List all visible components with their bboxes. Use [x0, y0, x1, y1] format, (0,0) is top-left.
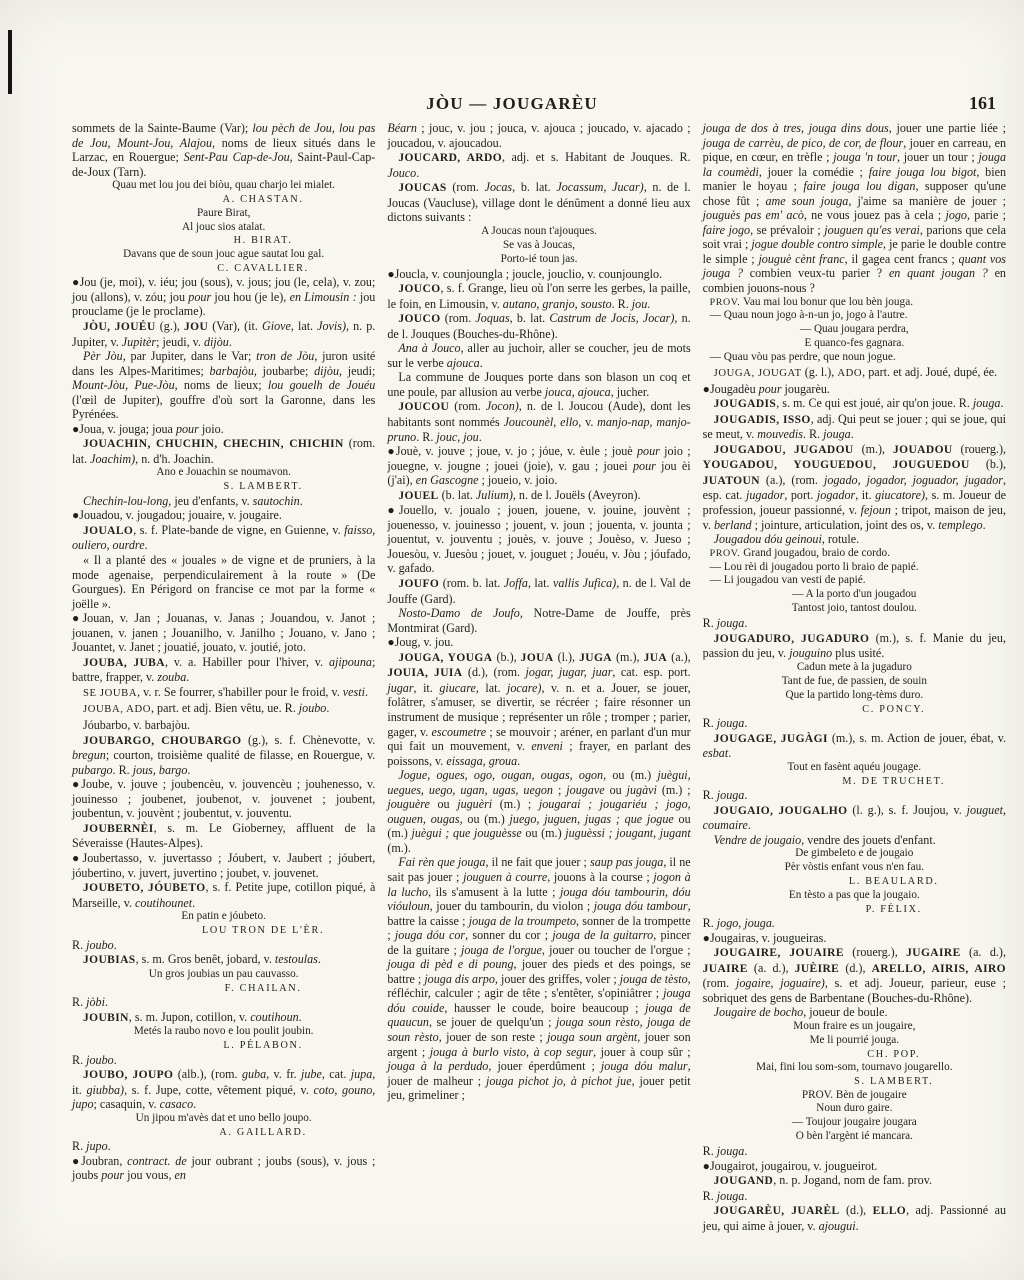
entry-paragraph: R. jupo. [72, 1139, 375, 1154]
verse-line: Tantost joio, tantost doulou. [703, 602, 1006, 616]
verse-quote: — Toujour jougaire jougaraO bèn l'argènt… [703, 1116, 1006, 1144]
verse-line: — Toujour jougaire jougara [703, 1116, 1006, 1130]
verse-line: Porto-ié toun jas. [387, 253, 690, 267]
entry-paragraph: ●Jouello, v. joualo ; jouen, jouene, v. … [387, 503, 690, 576]
verse-line: — Quau jougara perdra, [703, 323, 1006, 337]
text-columns: sommets de la Sainte-Baume (Var); lou pè… [72, 121, 1006, 1233]
proverb-line: — Quau vòu pas perdre, que noun jogue. [703, 351, 1006, 365]
entry-paragraph: « Il a planté des « jouales » de vigne e… [72, 553, 375, 611]
verse-line: Moun fraire es un jougaire, [703, 1020, 1006, 1034]
entry-paragraph: JOUCO (rom. Joquas, b. lat. Castrum de J… [387, 311, 690, 341]
verse-quote: Tout en fasènt aquéu jougage. [703, 761, 1006, 775]
entry-paragraph: JOUGADURO, JUGADURO (m.), s. f. Manie du… [703, 631, 1006, 661]
verse-quote: En patin e jóubeto. [72, 910, 375, 924]
verse-line: Ano e Jouachin se noumavon. [72, 466, 375, 480]
entry-paragraph: JOUBIAS, s. m. Gros benêt, jobard, v. te… [72, 952, 375, 968]
entry-paragraph: JOUBARGO, CHOUBARGO (g.), s. f. Chènevot… [72, 733, 375, 778]
entry-paragraph: JOUACHIN, CHUCHIN, CHECHIN, CHICHIN (rom… [72, 436, 375, 466]
column-right: jouga de dos à tres, jouga dins dous, jo… [703, 121, 1006, 1233]
entry-paragraph: JOUFO (rom. b. lat. Joffa, lat. vallis J… [387, 576, 690, 606]
verse-line: PROV. Bèn de jougaire [703, 1089, 1006, 1103]
verse-line: Metés la raubo novo e lou poulit joubin. [72, 1025, 375, 1039]
entry-paragraph: JOUBA, ADO, part. et adj. Bien vêtu, ue.… [72, 701, 375, 718]
verse-line: Mai, fini lou som-som, tournavo jougarel… [703, 1061, 1006, 1075]
entry-paragraph: R. jouga. [703, 1189, 1006, 1204]
verse-quote: Metés la raubo novo e lou poulit joubin. [72, 1025, 375, 1039]
verse-quote: Un jipou m'avès dat et uno bello joupo. [72, 1112, 375, 1126]
entry-paragraph: ●Jougadèu pour jougarèu. [703, 382, 1006, 397]
entry-paragraph: ●Jougairas, v. jougueiras. [703, 931, 1006, 946]
entry-paragraph: ●Jouadou, v. jougadou; jouaire, v. jouga… [72, 508, 375, 523]
entry-paragraph: JÒU, JOUÉU (g.), JOU (Var), (it. Giove, … [72, 319, 375, 349]
attribution: S. LAMBERT. [72, 480, 375, 494]
attribution: C. CAVALLIER. [72, 262, 375, 276]
entry-paragraph: Jougaire de bocho, joueur de boule. [703, 1005, 1006, 1020]
verse-line: En tèsto a pas que la jougaio. [703, 889, 1006, 903]
entry-paragraph: JOUBETO, JÓUBETO, s. f. Petite jupe, cot… [72, 880, 375, 910]
entry-paragraph: Chechin-lou-long, jeu d'enfants, v. saut… [72, 494, 375, 509]
entry-paragraph: La commune de Jouques porte dans son bla… [387, 370, 690, 399]
entry-paragraph: JOUCAS (rom. Jocas, b. lat. Jocassum, Ju… [387, 180, 690, 225]
verse-quote: Mai, fini lou som-som, tournavo jougarel… [703, 1061, 1006, 1075]
verse-line: Se vas à Joucas, [387, 239, 690, 253]
entry-paragraph: JOUGAIO, JOUGALHO (l. g.), s. f. Joujou,… [703, 803, 1006, 833]
attribution: A. GAILLARD. [72, 1126, 375, 1140]
verse-line: Pèr vòstis enfant vous n'en fau. [703, 861, 1006, 875]
entry-paragraph: Jogue, ogues, ogo, ougan, ougas, ogon, o… [387, 768, 690, 855]
verse-line: Tout en fasènt aquéu jougage. [703, 761, 1006, 775]
entry-paragraph: JOUGA, JOUGAT (g. l.), ADO, part. et adj… [703, 365, 1006, 382]
attribution: S. LAMBERT. [703, 1075, 1006, 1089]
entry-paragraph: R. jouga. [703, 1144, 1006, 1159]
entry-paragraph: ●Joucla, v. counjoungla ; joucle, joucli… [387, 267, 690, 282]
entry-paragraph: JOUGAIRE, JOUAIRE (rouerg.), JUGAIRE (a.… [703, 945, 1006, 1005]
proverb-line: — Quau noun jogo à-n-un jo, jogo à l'aut… [703, 309, 1006, 323]
entry-paragraph: ●Jouan, v. Jan ; Jouanas, v. Janas ; Jou… [72, 611, 375, 655]
entry-paragraph: Jóubarbo, v. barbajòu. [72, 718, 375, 733]
verse-quote: — Quau jougara perdra,E quanco-fes gagna… [703, 323, 1006, 351]
entry-paragraph: R. jòbi. [72, 995, 375, 1010]
entry-paragraph: JOUBIN, s. m. Jupon, cotillon, v. coutih… [72, 1010, 375, 1026]
verse-line: Un gros joubias un pau cauvasso. [72, 968, 375, 982]
entry-paragraph: JOUGA, YOUGA (b.), JOUA (l.), JUGA (m.),… [387, 650, 690, 768]
proverb-line: — Lou rèi di jougadou porto li braio de … [703, 561, 1006, 575]
entry-paragraph: ●Jouè, v. jouve ; joue, v. jo ; jóue, v.… [387, 444, 690, 488]
attribution: C. PONCY. [703, 703, 1006, 717]
entry-paragraph: R. jouga. [703, 788, 1006, 803]
entry-paragraph: ●Joubertasso, v. juvertasso ; Jóubert, v… [72, 851, 375, 880]
verse-quote: Davans que de soun jouc ague sautat lou … [72, 248, 375, 262]
attribution: LOU TRON DE L'ÈR. [72, 924, 375, 938]
verse-line: Davans que de soun jouc ague sautat lou … [72, 248, 375, 262]
verse-line: Que la partido long-tèms duro. [703, 689, 1006, 703]
entry-paragraph: jouga de dos à tres, jouga dins dous, jo… [703, 121, 1006, 296]
entry-paragraph: JOUCOU (rom. Jocon), n. de l. Joucou (Au… [387, 399, 690, 444]
verse-line: Paure Birat, [72, 207, 375, 221]
verse-line: Quau met lou jou dei biòu, quau charjo l… [72, 179, 375, 193]
verse-line: Me li pourrié jouga. [703, 1034, 1006, 1048]
proverb-line: — Li jougadou van vesti de papié. [703, 574, 1006, 588]
attribution: CH. POP. [703, 1048, 1006, 1062]
proverb-line: PROV. Vau mai lou bonur que lou bèn joug… [703, 296, 1006, 310]
verse-quote: De gimbeleto e de jougaioPèr vòstis enfa… [703, 847, 1006, 875]
scan-ink-mark [8, 30, 12, 94]
entry-paragraph: ●Jou (je, moi), v. iéu; jou (sous), v. j… [72, 275, 375, 319]
verse-quote: A Joucas noun t'ajouques.Se vas à Joucas… [387, 225, 690, 267]
entry-paragraph: Vendre de jougaio, vendre des jouets d'e… [703, 833, 1006, 848]
verse-line: — A la porto d'un jougadou [703, 588, 1006, 602]
verse-line: Al jouc sios atalat. [72, 221, 375, 235]
attribution: M. DE TRUCHET. [703, 775, 1006, 789]
entry-paragraph: Nosto-Damo de Joufo, Notre-Dame de Jouff… [387, 606, 690, 635]
verse-quote: Un gros joubias un pau cauvasso. [72, 968, 375, 982]
proverb-line: PROV. Grand jougadou, braio de cordo. [703, 547, 1006, 561]
attribution: L. BEAULARD. [703, 875, 1006, 889]
attribution: L. PÉLABON. [72, 1039, 375, 1053]
entry-paragraph: JOUGADOU, JUGADOU (m.), JOUADOU (rouerg.… [703, 442, 1006, 532]
entry-paragraph: JOUGAND, n. p. Jogand, nom de fam. prov. [703, 1173, 1006, 1189]
verse-line: O bèn l'argènt ié mancara. [703, 1130, 1006, 1144]
attribution: H. BIRAT. [72, 234, 375, 248]
verse-quote: — A la porto d'un jougadouTantost joio, … [703, 588, 1006, 616]
entry-paragraph: JOUALO, s. f. Plate-bande de vigne, en G… [72, 523, 375, 553]
page-number: 161 [969, 93, 996, 114]
column-left: sommets de la Sainte-Baume (Var); lou pè… [72, 121, 375, 1233]
entry-paragraph: R. jouga. [703, 616, 1006, 631]
entry-paragraph: R. joubo. [72, 938, 375, 953]
entry-paragraph: JOUBO, JOUPO (alb.), (rom. guba, v. fr. … [72, 1067, 375, 1112]
verse-quote: Paure Birat,Al jouc sios atalat. [72, 207, 375, 235]
column-center: Béarn ; jouc, v. jou ; jouca, v. ajouca … [387, 121, 690, 1233]
entry-paragraph: R. joubo. [72, 1053, 375, 1068]
verse-line: Tant de fue, de passien, de souin [703, 675, 1006, 689]
verse-line: En patin e jóubeto. [72, 910, 375, 924]
verse-quote: Moun fraire es un jougaire,Me li pourrié… [703, 1020, 1006, 1048]
verse-line: Un jipou m'avès dat et uno bello joupo. [72, 1112, 375, 1126]
dictionary-page: JÒU — JOUGARÈU 161 sommets de la Sainte-… [0, 0, 1024, 1280]
verse-quote: Quau met lou jou dei biòu, quau charjo l… [72, 179, 375, 193]
attribution: P. FÉLIX. [703, 903, 1006, 917]
entry-paragraph: JOUBA, JUBA, v. a. Habiller pour l'hiver… [72, 655, 375, 685]
entry-paragraph: JOUGAGE, JUGÀGI (m.), s. m. Action de jo… [703, 731, 1006, 761]
entry-paragraph: JOUCARD, ARDO, adj. et s. Habitant de Jo… [387, 150, 690, 180]
verse-quote: PROV. Bèn de jougaireNoun duro gaire. [703, 1089, 1006, 1117]
entry-paragraph: ●Joube, v. jouve ; joubencèu, v. jouvenc… [72, 777, 375, 821]
entry-paragraph: ●Jougairot, jougairou, v. jougueirot. [703, 1159, 1006, 1174]
verse-line: A Joucas noun t'ajouques. [387, 225, 690, 239]
entry-paragraph: JOUEL (b. lat. Julium), n. de l. Jouëls … [387, 488, 690, 504]
entry-paragraph: JOUBERNÈI, s. m. Le Gioberney, affluent … [72, 821, 375, 851]
entry-paragraph: JOUGADIS, ISSO, adj. Qui peut se jouer ;… [703, 412, 1006, 442]
entry-paragraph: JOUGARÈU, JUARÈL (d.), ELLO, adj. Passio… [703, 1203, 1006, 1233]
entry-paragraph: SE JOUBA, v. r. Se fourrer, s'habiller p… [72, 685, 375, 702]
entry-paragraph: ●Joug, v. jou. [387, 635, 690, 650]
attribution: F. CHAILAN. [72, 982, 375, 996]
verse-quote: Cadun mete à la jugaduroTant de fue, de … [703, 661, 1006, 703]
entry-paragraph: JOUGADIS, s. m. Ce qui est joué, air qu'… [703, 396, 1006, 412]
entry-paragraph: R. jogo, jouga. [703, 916, 1006, 931]
verse-line: Cadun mete à la jugaduro [703, 661, 1006, 675]
entry-paragraph: ●Joua, v. jouga; joua pour joio. [72, 422, 375, 437]
attribution: A. CHASTAN. [72, 193, 375, 207]
entry-paragraph: JOUCO, s. f. Grange, lieu où l'on serre … [387, 281, 690, 311]
entry-paragraph: sommets de la Sainte-Baume (Var); lou pè… [72, 121, 375, 179]
entry-paragraph: ●Joubran, contract. de jour oubrant ; jo… [72, 1154, 375, 1183]
verse-quote: En tèsto a pas que la jougaio. [703, 889, 1006, 903]
verse-line: E quanco-fes gagnara. [703, 337, 1006, 351]
running-head: JÒU — JOUGARÈU [0, 94, 1024, 114]
entry-paragraph: Fai rèn que jouga, il ne fait que jouer … [387, 855, 690, 1102]
entry-paragraph: Pèr Jòu, par Jupiter, dans le Var; tron … [72, 349, 375, 422]
entry-paragraph: Ana à Jouco, aller au juchoir, aller se … [387, 341, 690, 370]
verse-line: De gimbeleto e de jougaio [703, 847, 1006, 861]
verse-line: Noun duro gaire. [703, 1102, 1006, 1116]
verse-quote: Ano e Jouachin se noumavon. [72, 466, 375, 480]
entry-paragraph: Béarn ; jouc, v. jou ; jouca, v. ajouca … [387, 121, 690, 150]
entry-paragraph: R. jouga. [703, 716, 1006, 731]
entry-paragraph: Jougadou dóu geinoui, rotule. [703, 532, 1006, 547]
